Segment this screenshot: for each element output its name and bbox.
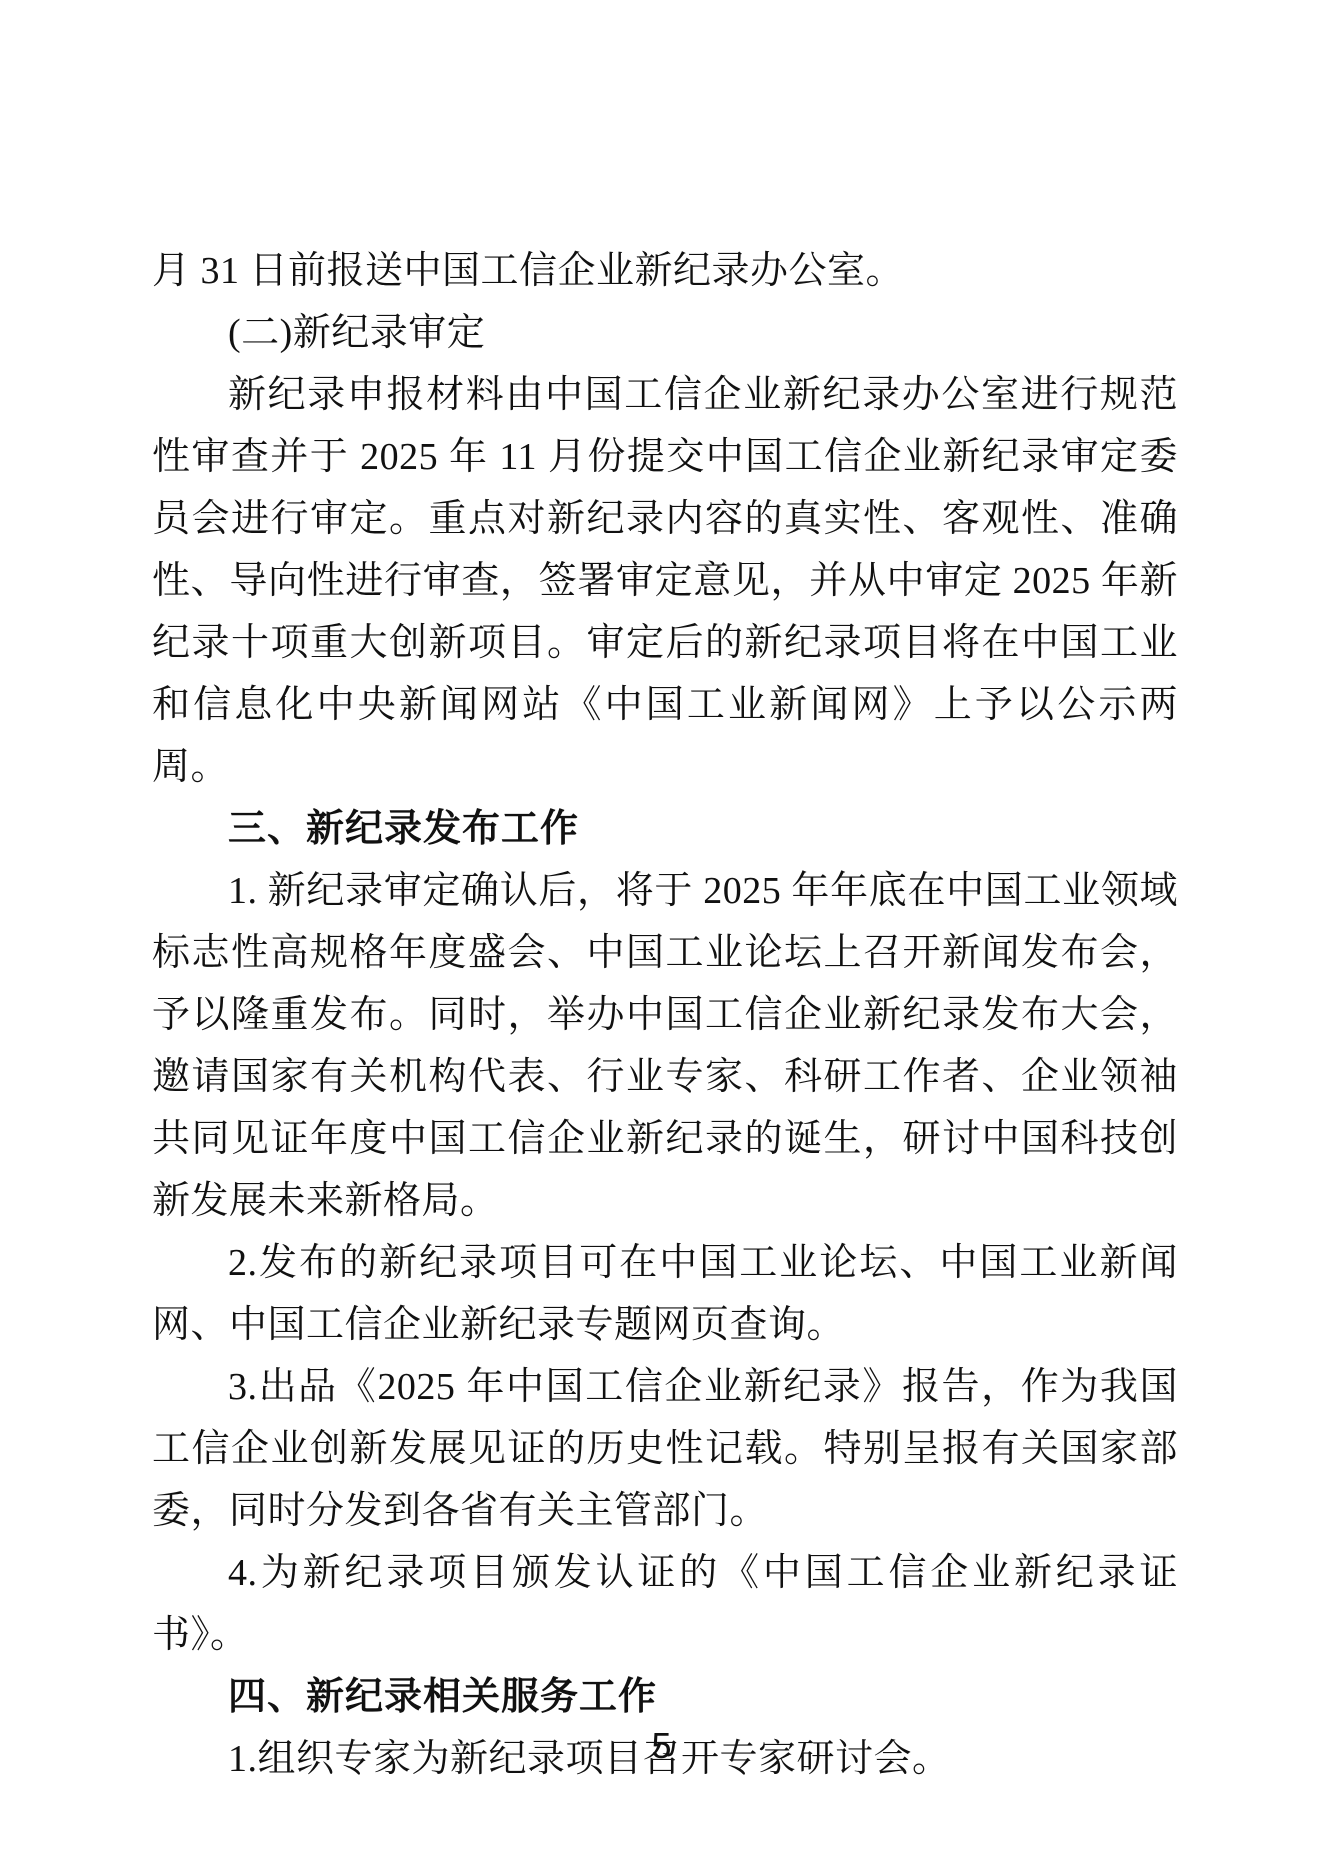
page-number: 5 [0,1726,1323,1766]
paragraph: 1. 新纪录审定确认后，将于 2025 年年底在中国工业领域标志性高规格年度盛会… [152,860,1178,1232]
paragraph: (二)新纪录审定 [152,302,1178,364]
section-heading: 三、新纪录发布工作 [152,798,1178,860]
paragraph: 新纪录申报材料由中国工信企业新纪录办公室进行规范性审查并于 2025 年 11 … [152,364,1178,798]
paragraph: 2.发布的新纪录项目可在中国工业论坛、中国工业新闻网、中国工信企业新纪录专题网页… [152,1232,1178,1356]
document-body: 月 31 日前报送中国工信企业新纪录办公室。(二)新纪录审定新纪录申报材料由中国… [152,240,1178,1790]
paragraph: 3.出品《2025 年中国工信企业新纪录》报告，作为我国工信企业创新发展见证的历… [152,1356,1178,1542]
paragraph: 月 31 日前报送中国工信企业新纪录办公室。 [152,240,1178,302]
section-heading: 四、新纪录相关服务工作 [152,1666,1178,1728]
document-page: 月 31 日前报送中国工信企业新纪录办公室。(二)新纪录审定新纪录申报材料由中国… [0,0,1323,1871]
paragraph: 4.为新纪录项目颁发认证的《中国工信企业新纪录证书》。 [152,1542,1178,1666]
